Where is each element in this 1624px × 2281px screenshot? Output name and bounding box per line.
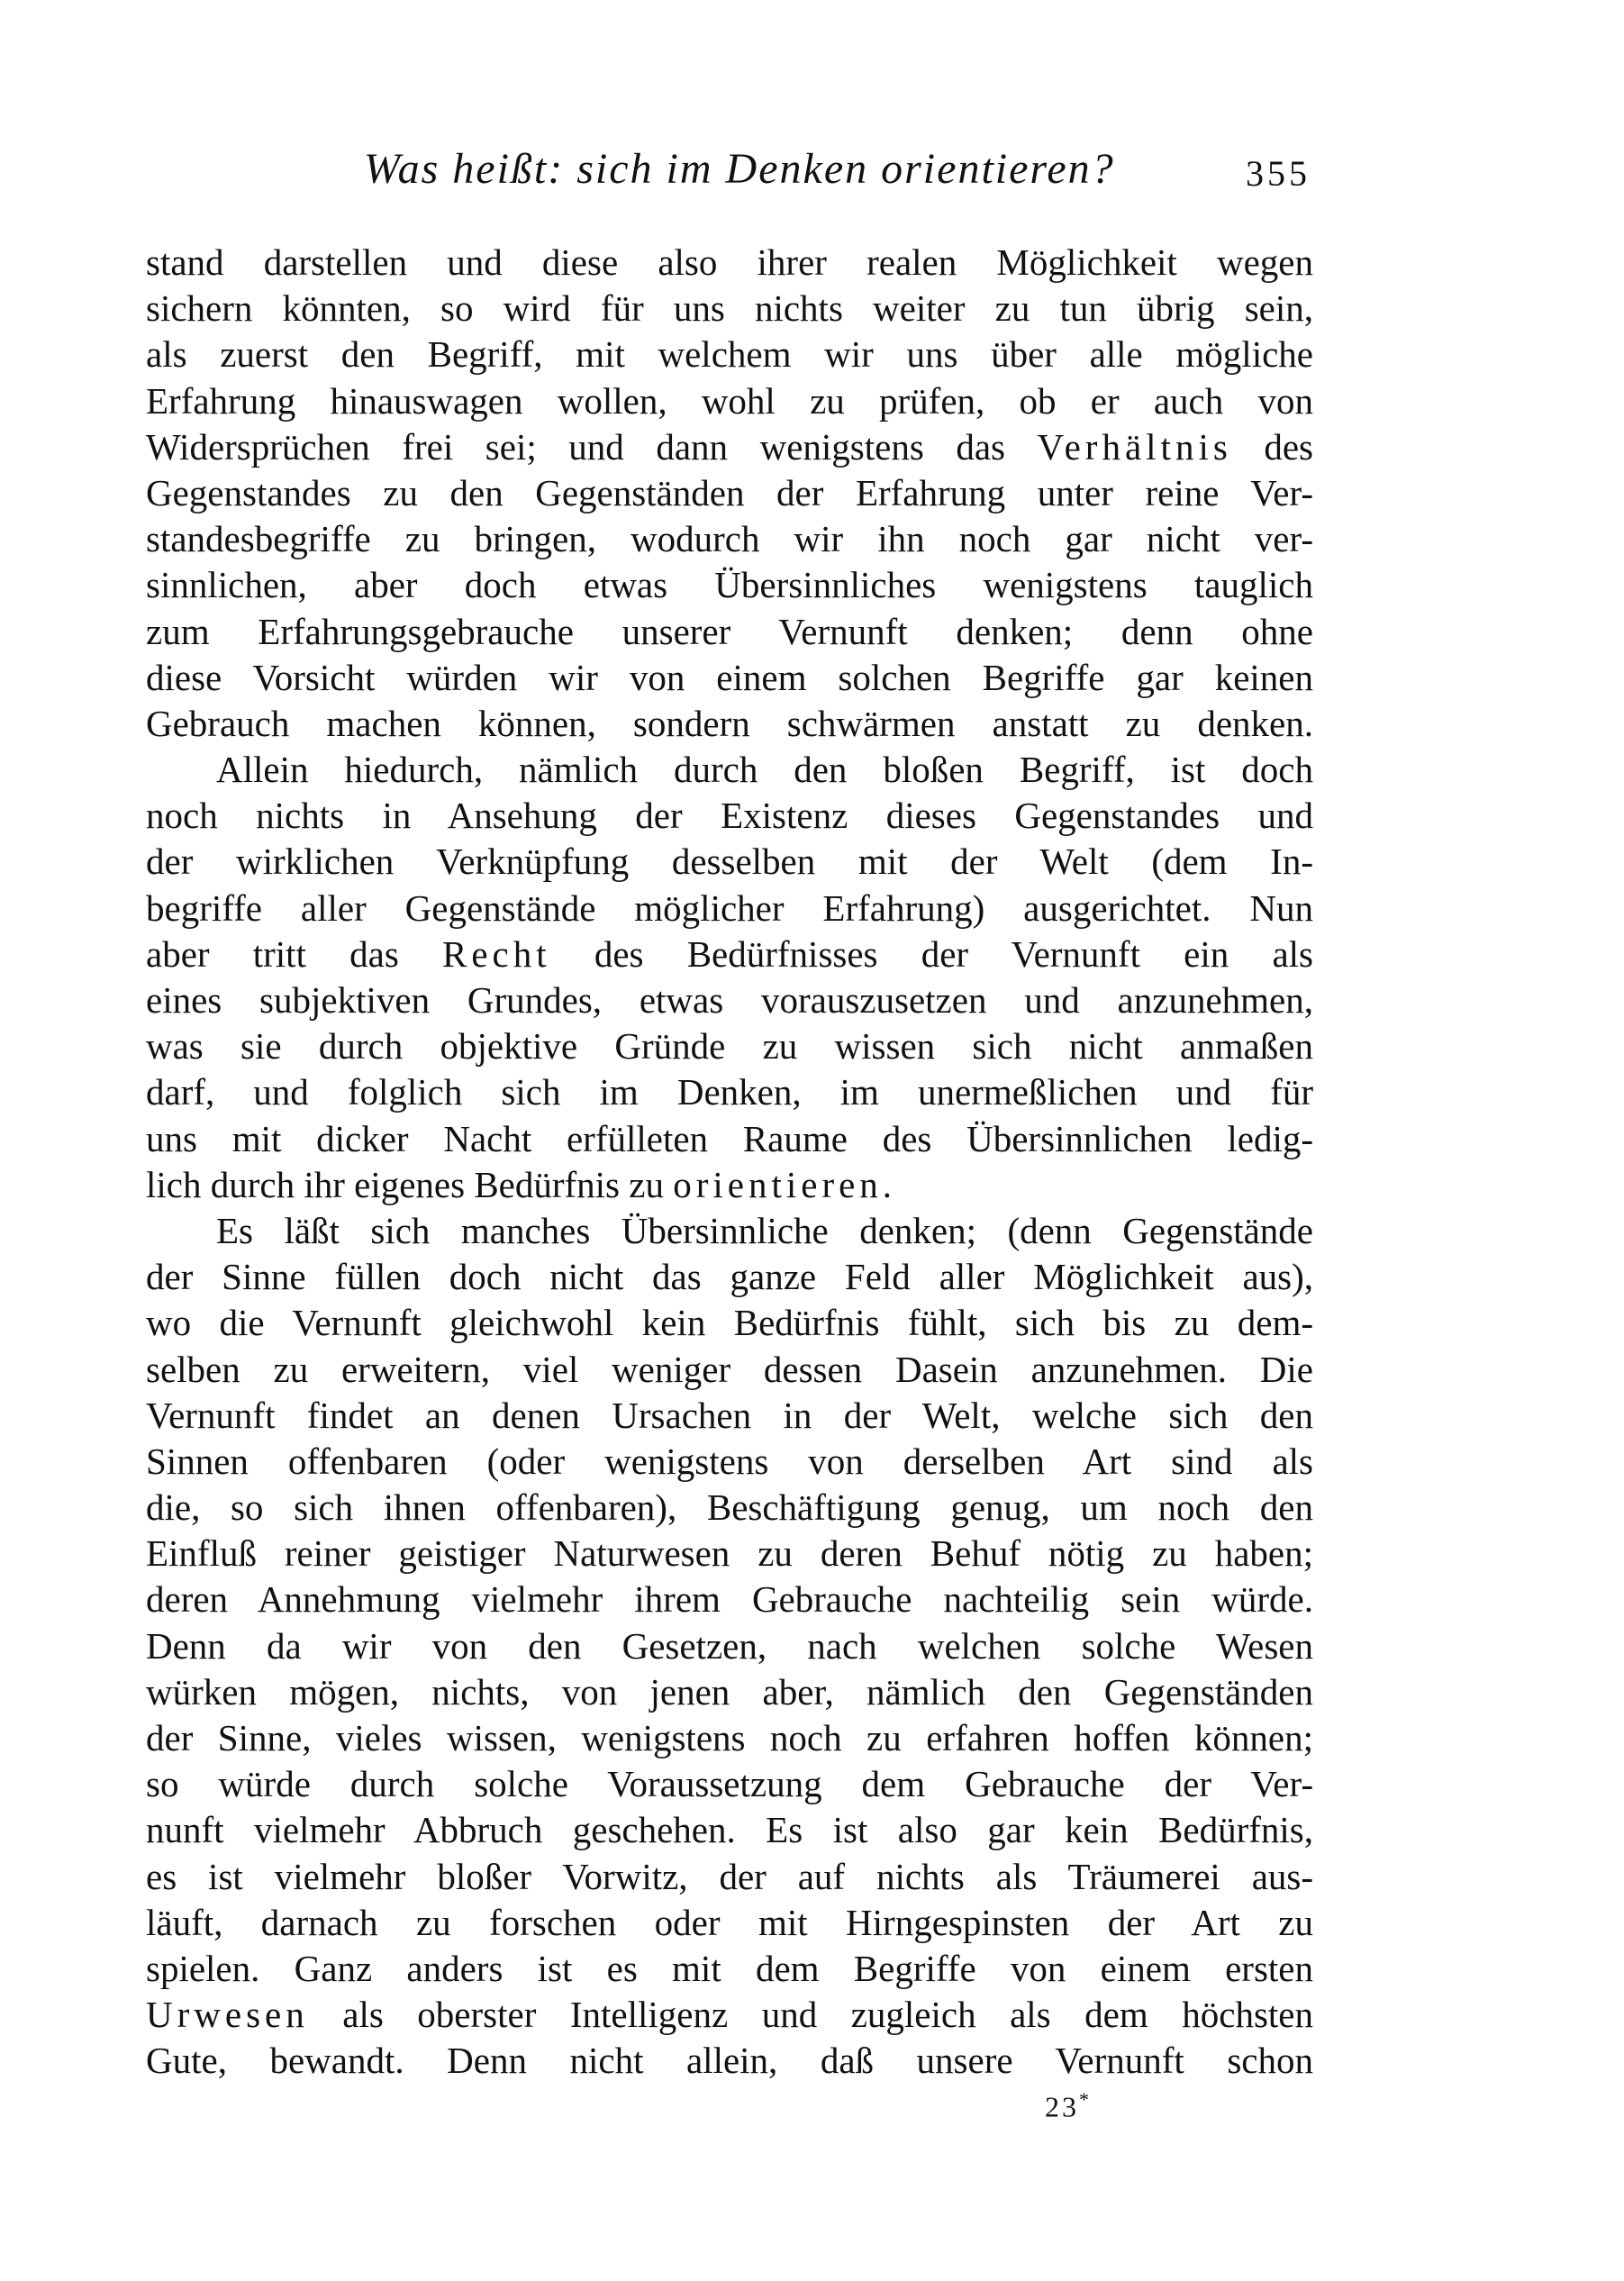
text-line: deren Annehmung vielmehr ihrem Gebrauche… <box>146 1577 1313 1622</box>
text-line: diese Vorsicht würden wir von einem solc… <box>146 655 1313 701</box>
text-line: begriffe aller Gegenstände möglicher Erf… <box>146 886 1313 931</box>
text-line: es ist vielmehr bloßer Vorwitz, der auf … <box>146 1854 1313 1900</box>
paragraph-2: Allein hiedurch, nämlich durch den bloße… <box>146 747 1313 1208</box>
text-line: sichern könnten, so wird für uns nichts … <box>146 286 1313 332</box>
spaced-emphasis: Verhältnis <box>1038 426 1232 468</box>
text-line: der Sinne füllen doch nicht das ganze Fe… <box>146 1254 1313 1300</box>
signature-number: 23 <box>1045 2091 1079 2123</box>
body-text: stand darstellen und diese also ihrer re… <box>146 240 1313 2085</box>
text-line: Widersprüchen frei sei; und dann wenigst… <box>146 424 1313 470</box>
book-page: Was heißt: sich im Denken orientieren? 3… <box>0 0 1624 2281</box>
text-line: Allein hiedurch, nämlich durch den bloße… <box>146 747 1313 793</box>
text-line: Sinnen offenbaren (oder wenigstens von d… <box>146 1439 1313 1485</box>
text-line: Erfahrung hinauswagen wollen, wohl zu pr… <box>146 378 1313 424</box>
text-line: nunft vielmehr Abbruch geschehen. Es ist… <box>146 1807 1313 1853</box>
text-line: aber tritt das Recht des Bedürfnisses de… <box>146 931 1313 977</box>
text-line: was sie durch objektive Gründe zu wissen… <box>146 1023 1313 1069</box>
text-line: selben zu erweitern, viel weniger dessen… <box>146 1347 1313 1393</box>
text-line: Es läßt sich manches Übersinnliche denke… <box>146 1208 1313 1254</box>
text-line: stand darstellen und diese also ihrer re… <box>146 240 1313 286</box>
text-line: Einfluß reiner geistiger Naturwesen zu d… <box>146 1531 1313 1577</box>
text-line: der Sinne, vieles wissen, wenigstens noc… <box>146 1715 1313 1761</box>
text-line: Denn da wir von den Gesetzen, nach welch… <box>146 1623 1313 1669</box>
spaced-emphasis: orientieren <box>673 1164 883 1205</box>
text-line: die, so sich ihnen offenbaren), Beschäft… <box>146 1485 1313 1531</box>
text-line: würken mögen, nichts, von jenen aber, nä… <box>146 1669 1313 1715</box>
text-line: standesbegriffe zu bringen, wodurch wir … <box>146 516 1313 562</box>
paragraph-1: stand darstellen und diese also ihrer re… <box>146 240 1313 747</box>
running-title: Was heißt: sich im Denken orientieren? <box>364 144 1115 195</box>
text-line: der wirklichen Verknüpfung desselben mit… <box>146 839 1313 885</box>
signature-mark: 23* <box>1045 2088 1092 2124</box>
text-line: läuft, darnach zu forschen oder mit Hirn… <box>146 1900 1313 1946</box>
text-line: darf, und folglich sich im Denken, im un… <box>146 1069 1313 1115</box>
text-line: Gute, bewandt. Denn nicht allein, daß un… <box>146 2038 1313 2084</box>
text-line: lich durch ihr eigenes Bedürfnis zu orie… <box>146 1162 1313 1208</box>
page-number: 355 <box>1220 151 1311 196</box>
text-line: als zuerst den Begriff, mit welchem wir … <box>146 332 1313 377</box>
text-line: Gegenstandes zu den Gegenständen der Erf… <box>146 470 1313 516</box>
text-line: spielen. Ganz anders ist es mit dem Begr… <box>146 1946 1313 1992</box>
text-line: eines subjektiven Grundes, etwas vorausz… <box>146 977 1313 1023</box>
text-line: Gebrauch machen können, sondern schwärme… <box>146 701 1313 747</box>
spaced-emphasis: Urwesen <box>146 1994 309 2035</box>
text-line: wo die Vernunft gleichwohl kein Bedürfni… <box>146 1300 1313 1346</box>
text-line: noch nichts in Ansehung der Existenz die… <box>146 793 1313 839</box>
text-line: sinnlichen, aber doch etwas Übersinnlich… <box>146 562 1313 608</box>
text-line: uns mit dicker Nacht erfülleten Raume de… <box>146 1116 1313 1162</box>
text-line: Urwesen als oberster Intelligenz und zug… <box>146 1992 1313 2038</box>
paragraph-3: Es läßt sich manches Übersinnliche denke… <box>146 1208 1313 2085</box>
spaced-emphasis: Recht <box>442 933 551 975</box>
text-line: Vernunft findet an denen Ursachen in der… <box>146 1393 1313 1439</box>
signature-star: * <box>1079 2088 1092 2111</box>
text-line: zum Erfahrungsgebrauche unserer Vernunft… <box>146 609 1313 655</box>
text-line: so würde durch solche Voraussetzung dem … <box>146 1761 1313 1807</box>
